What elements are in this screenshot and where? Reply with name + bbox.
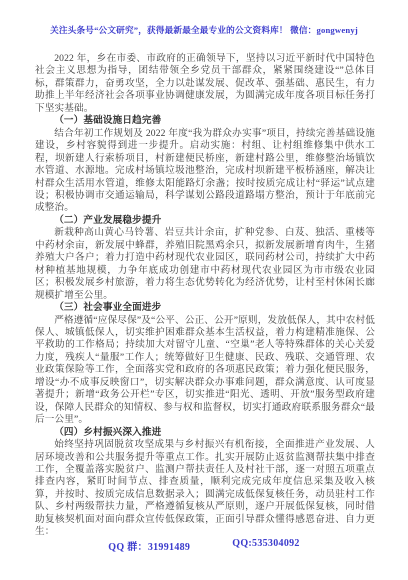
section-4-heading: （四）乡村振兴深入推进 — [35, 427, 375, 439]
section-1-paragraph: 结合年初工作规划及 2022 年度“我为群众办实事”项目，持续完善基础设施建设，… — [35, 128, 375, 215]
section-4-paragraph: 始终坚持巩固脱贫攻坚成果与乡村振兴有机衔接，全面推进产业发展、人居环境改善和公共… — [35, 439, 375, 539]
qq-group-text: QQ 群：31991489 — [108, 538, 190, 553]
section-3-paragraph: 严格遵循“应保尽保”及“公平、公正、公开”原则，发放低保人，其中农村低保人、城镇… — [35, 315, 375, 427]
promo-header-text: 关注头条号“公文研究”，获得最新最全最专业的公文资料库！ 微信：gongweny… — [0, 24, 408, 36]
document-page: 关注头条号“公文研究”，获得最新最全最专业的公文资料库！ 微信：gongweny… — [0, 0, 408, 580]
promo-footer: QQ 群：31991489 QQ:535304092 — [0, 538, 408, 553]
intro-paragraph: 2022 年，乡在市委、市政府的正确领导下，坚持以习近平新时代中国特色社会主义思… — [35, 53, 375, 115]
section-2-paragraph: 新栽种高山黄心马铃薯、岩豆共计余亩，扩种党参、白芨、独活、重楼等中药材余亩，新发… — [35, 227, 375, 302]
document-body: 2022 年，乡在市委、市政府的正确领导下，坚持以习近平新时代中国特色社会主义思… — [35, 53, 375, 539]
section-1-heading: （一）基础设施日趋完善 — [35, 115, 375, 127]
section-3-heading: （三）社会事业全面进步 — [35, 302, 375, 314]
qq-number-text: QQ:535304092 — [232, 538, 300, 553]
section-2-heading: （二）产业发展稳步提升 — [35, 215, 375, 227]
